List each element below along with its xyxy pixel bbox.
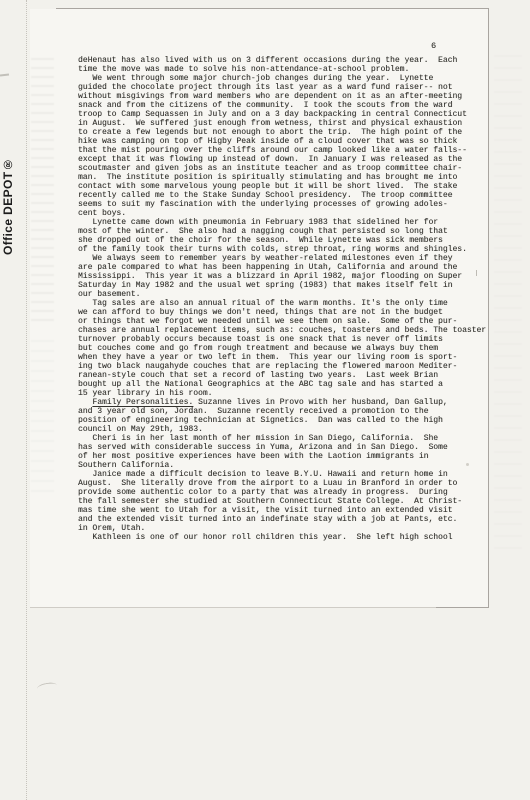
text-line: chases are annual replacement items, suc… [78, 326, 486, 335]
text-line: We always seem to remember years by weat… [78, 254, 486, 263]
text-line: she dropped out of the choir for the sea… [78, 236, 486, 245]
text-line: position of engineering technician at Si… [78, 416, 486, 425]
scan-bleedthrough-artifact [494, 55, 522, 555]
scan-bleedthrough-artifact [31, 340, 54, 500]
underlined-heading: Family Personalities. [92, 398, 193, 407]
text-line: except that it was flowing up instead of… [78, 155, 486, 164]
text-line: Janice made a difficult decision to leav… [78, 470, 486, 479]
text-line: of her most positive experiences have be… [78, 452, 486, 461]
text-line: when they have a year or two left in the… [78, 353, 486, 362]
text-line: in Orem, Utah. [78, 524, 486, 533]
typewritten-lines: deHenaut has also lived with us on 3 dif… [78, 56, 486, 542]
text-line: or things that we forgot we needed until… [78, 317, 486, 326]
page-edge-bottom-corner [436, 607, 489, 608]
text-line: ranean-style couch that set a record of … [78, 371, 486, 380]
text-line: council on May 29th, 1983. [78, 425, 486, 434]
text-line: guided the chocolate project through its… [78, 83, 486, 92]
text-line: in August. We suffered just enough from … [78, 119, 486, 128]
text-line: and the extended visit turned into an in… [78, 515, 486, 524]
text-line: hike was camping on top of Higby Peak in… [78, 137, 486, 146]
text-line: most of the winter. She also had a naggi… [78, 227, 486, 236]
text-line: snack and from the citizens of the commu… [78, 101, 486, 110]
text-line: recently called me to the Stake Sunday S… [78, 191, 486, 200]
text-line: are pale compared to what has been happe… [78, 263, 486, 272]
text-line: time the move was made to solve his non-… [78, 65, 486, 74]
text-line: but couches come and go from rough treat… [78, 344, 486, 353]
page-edge-bottom [30, 607, 489, 608]
text-line: our basement. [78, 290, 486, 299]
scan-mark-artifact [36, 681, 57, 692]
scan-bleedthrough-artifact [31, 58, 54, 328]
text-line: Southern California. [78, 461, 486, 470]
text-line: we can afford to buy things we don't nee… [78, 308, 486, 317]
office-depot-brand-label: Office DEPOT® [1, 147, 15, 255]
text-line: We went through some major church-job ch… [78, 74, 486, 83]
text-line: that the mist pouring over the cliffs ar… [78, 146, 486, 155]
scan-mark-artifact [0, 74, 9, 77]
text-line: scoutmaster and given jobs as an institu… [78, 164, 486, 173]
text-line: 15 year library in his room. [78, 389, 486, 398]
text-line: mas time she went to Utah for a visit, t… [78, 506, 486, 515]
text-line: August. She literally drove from the air… [78, 479, 486, 488]
text-line: Kathleen is one of our honor roll childr… [78, 533, 486, 542]
text-line: seems to suit my fascination with the un… [78, 200, 486, 209]
text-line: of the family took their turns with cold… [78, 245, 486, 254]
text-line: Tag sales are also an annual ritual of t… [78, 299, 486, 308]
text-line: ing two black naugahyde couches that are… [78, 362, 486, 371]
text-line: Family Personalities. Suzanne lives in P… [78, 398, 486, 407]
text-line: man. The institute position is spiritual… [78, 173, 486, 182]
text-line: Saturday in May 1982 and the usual wet s… [78, 281, 486, 290]
text-line: bought up all the National Geographics a… [78, 380, 486, 389]
text-line: Cheri is in her last month of her missio… [78, 434, 486, 443]
text-line: and 3 year old son, Jordan. Suzanne rece… [78, 407, 486, 416]
text-line: has served with considerable success in … [78, 443, 486, 452]
text-line: to create a few legends but not enough t… [78, 128, 486, 137]
text-line: Mississippi. This year it was a blizzard… [78, 272, 486, 281]
text-line: Lynette came down with pneumonia in Febr… [78, 218, 486, 227]
text-line: the fall semester she studied at Souther… [78, 497, 486, 506]
text-line: cent boys. [78, 209, 486, 218]
text-line: provide some authentic color to a party … [78, 488, 486, 497]
page-number: 6 [431, 41, 436, 51]
text-line: troop to Camp Sequassen in July and on a… [78, 110, 486, 119]
text-line: contact with some marvelous young people… [78, 182, 486, 191]
text-line: deHenaut has also lived with us on 3 dif… [78, 56, 486, 65]
perforation-line [26, 0, 27, 800]
page-edge-top [56, 8, 489, 9]
page-edge-right [488, 8, 489, 607]
text-line: without misgivings from ward members who… [78, 92, 486, 101]
text-line: turnover probably occurs because toast i… [78, 335, 486, 344]
